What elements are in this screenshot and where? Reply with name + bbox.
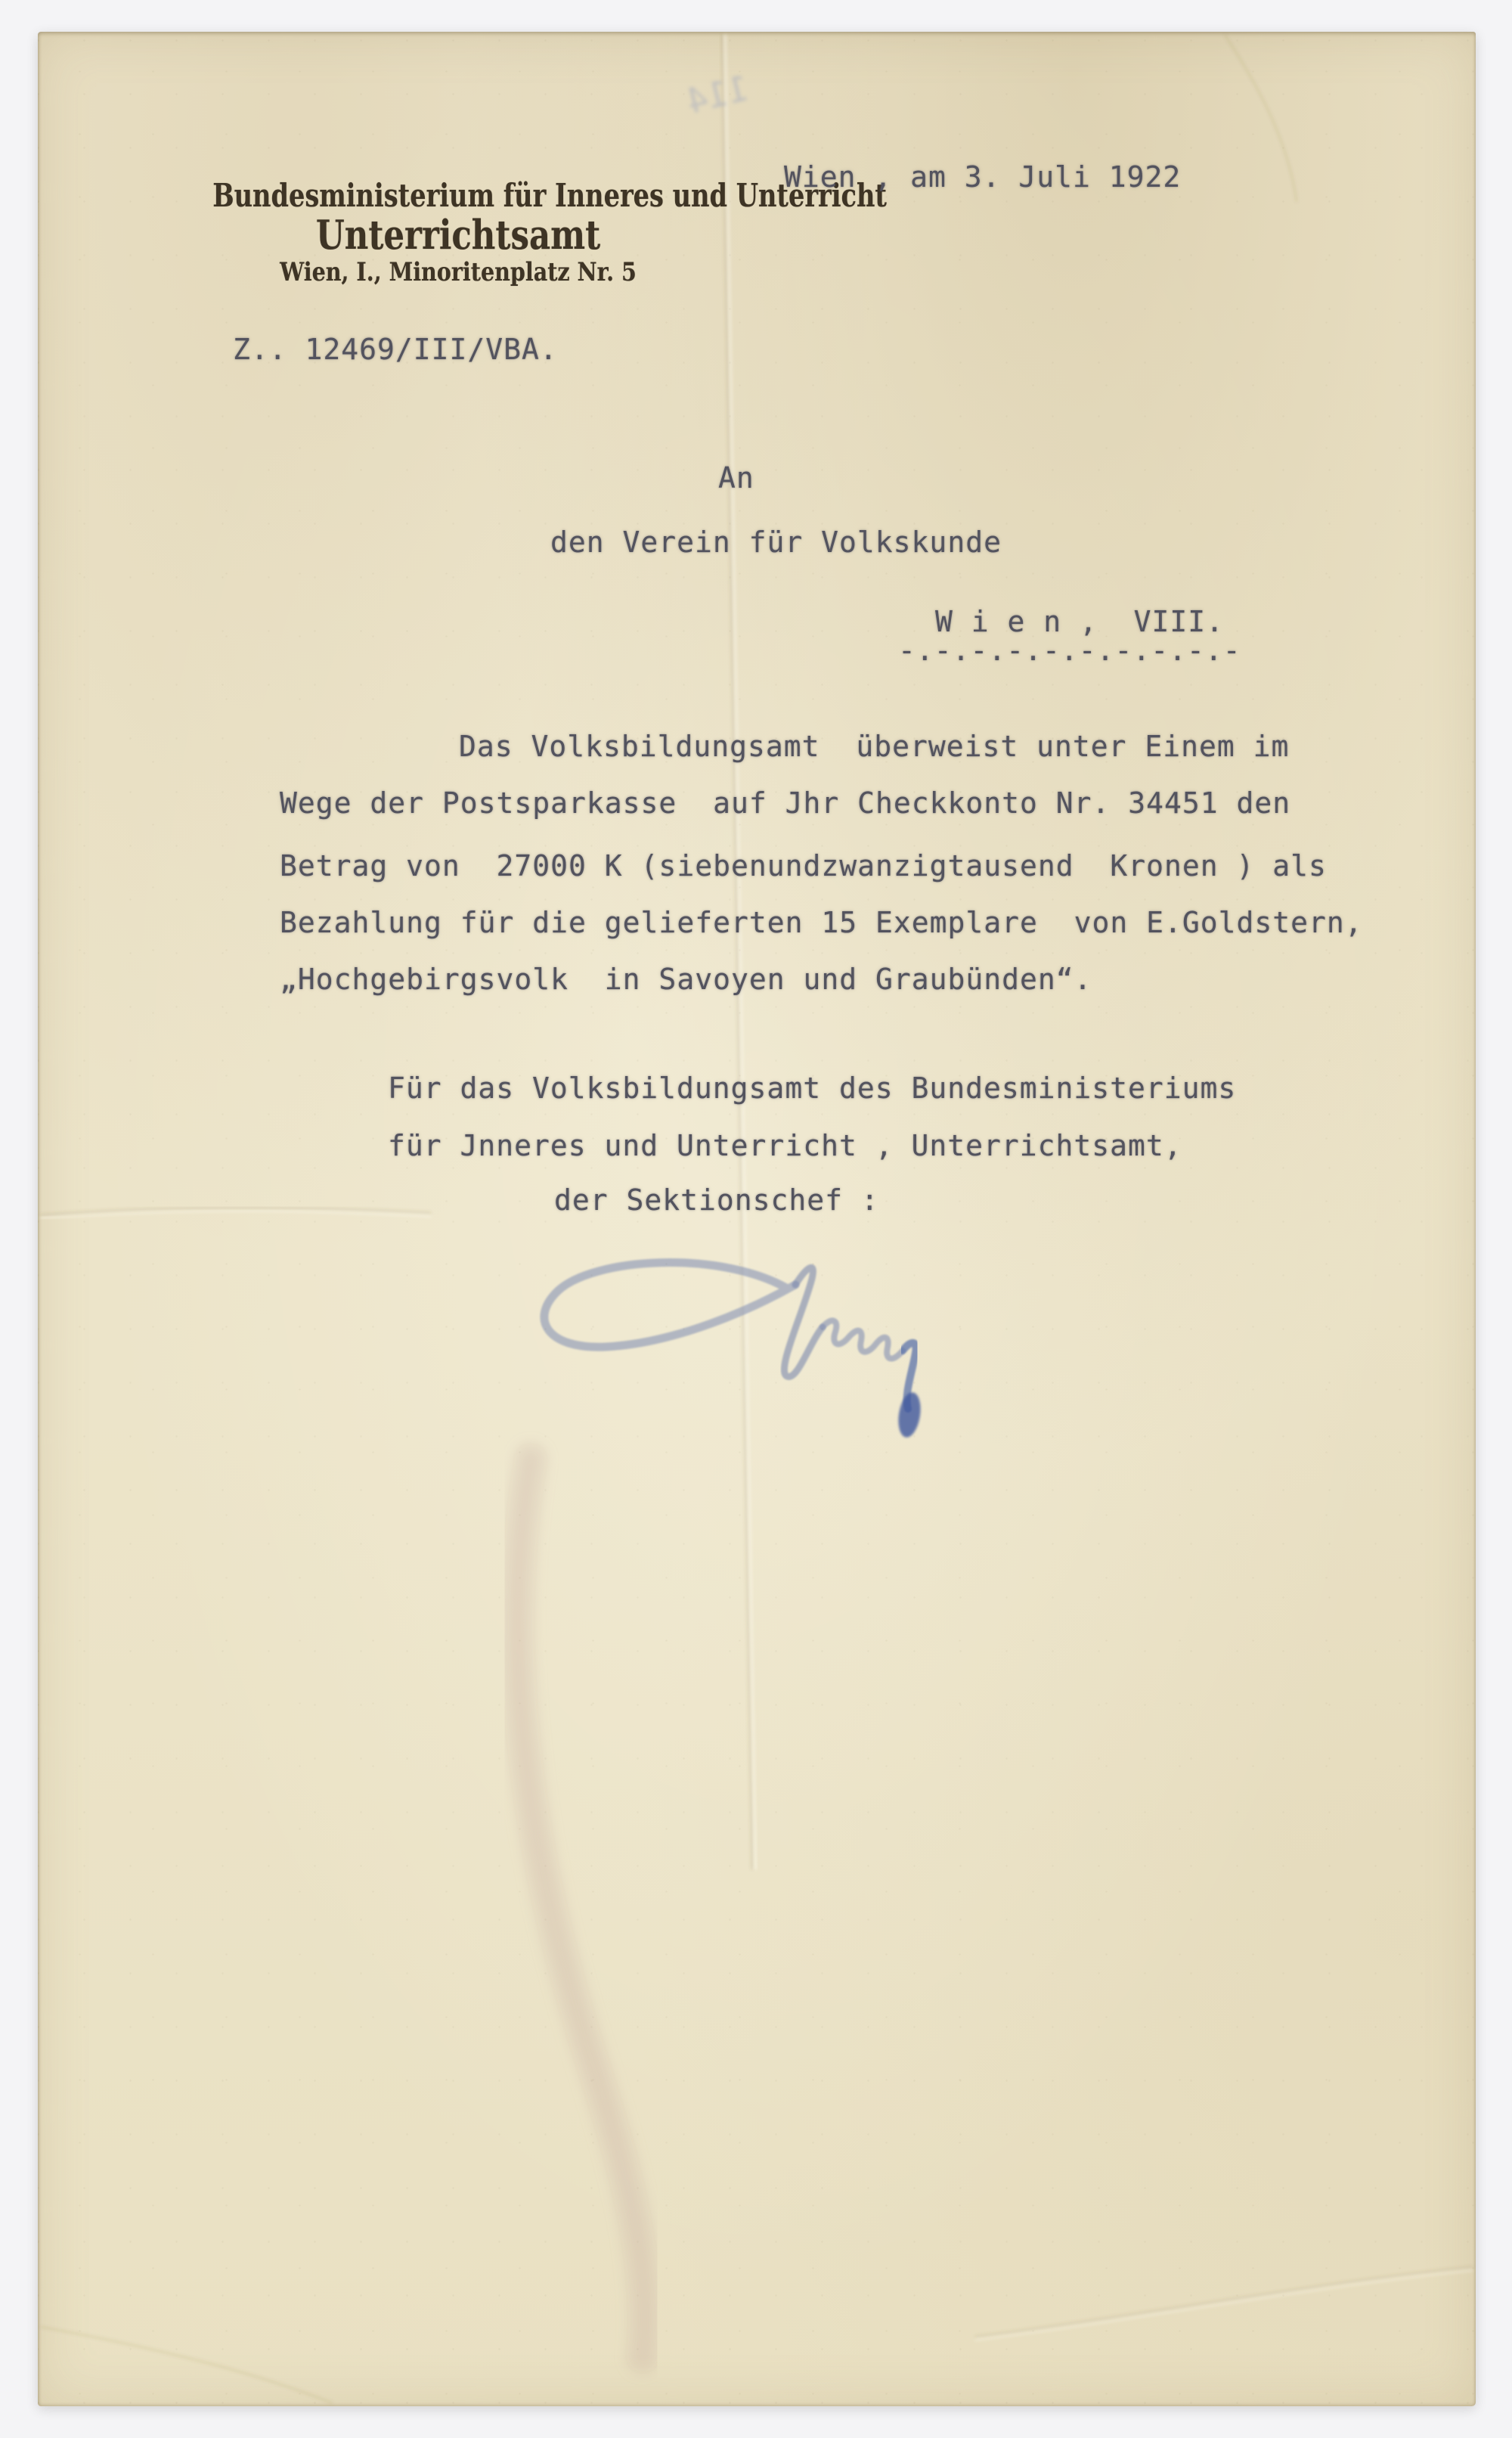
recipient-name: den Verein für Volkskunde (550, 526, 1002, 559)
signature-descender-stroke (903, 1343, 916, 1409)
scanned-letter-screenshot: 114 Bundesministerium für Inneres und Un… (0, 0, 1512, 2438)
reference-number: Z.. 12469/III/VBA. (233, 333, 558, 366)
signature-letters-stroke (823, 1320, 903, 1358)
bottom-right-crease (975, 2267, 1473, 2337)
left-horizontal-crease (41, 1208, 431, 1215)
closing-line: Für das Volksbildungsamt des Bundesminis… (388, 1072, 1236, 1105)
vertical-fold-highlight (725, 35, 755, 1869)
letterhead-ministry-line: Bundesministerium für Inneres und Unterr… (212, 177, 704, 214)
body-line: Betrag von 27000 K (siebenundzwanzigtaus… (280, 849, 1327, 882)
paper-creases-overlay (38, 32, 1476, 2406)
date-line: Wien , am 3. Juli 1922 (784, 160, 1181, 194)
recipient-underline-rule: -.-.-.-.-.-.-.-.-.- (898, 634, 1241, 667)
signature-capital-stroke (784, 1267, 823, 1376)
letter-paper: 114 Bundesministerium für Inneres und Un… (38, 32, 1476, 2406)
diagonal-stain (518, 1459, 645, 2357)
signature-loop-stroke (544, 1263, 795, 1348)
left-horizontal-crease-highlight (41, 1211, 431, 1218)
closing-line: für Jnneres und Unterricht , Unterrichts… (388, 1129, 1182, 1162)
closing-line: der Sektionschef : (554, 1183, 879, 1217)
vertical-fold-crease (722, 35, 752, 1869)
letterhead-address-line: Wien, I., Minoritenplatz Nr. 5 (200, 257, 716, 287)
bottom-left-crease (41, 2327, 333, 2403)
body-line: „Hochgebirgsvolk in Savoyen und Graubünd… (280, 963, 1092, 996)
diagonal-stain-core (518, 1459, 645, 2357)
letterhead-office-line: Unterrichtsamt (206, 212, 710, 259)
body-line: Wege der Postsparkasse auf Jhr Checkkont… (280, 786, 1290, 820)
handwritten-signature (522, 1244, 930, 1448)
recipient-salutation: An (718, 461, 754, 495)
body-line: Das Volksbildungsamt überweist unter Ein… (459, 730, 1289, 763)
top-right-crease (1225, 35, 1297, 202)
body-line: Bezahlung für die gelieferten 15 Exempla… (280, 906, 1363, 939)
bleed-through-ghost-mark: 114 (683, 67, 754, 122)
bottom-right-crease-highlight (975, 2270, 1473, 2340)
signature-ink-blob (895, 1391, 923, 1439)
